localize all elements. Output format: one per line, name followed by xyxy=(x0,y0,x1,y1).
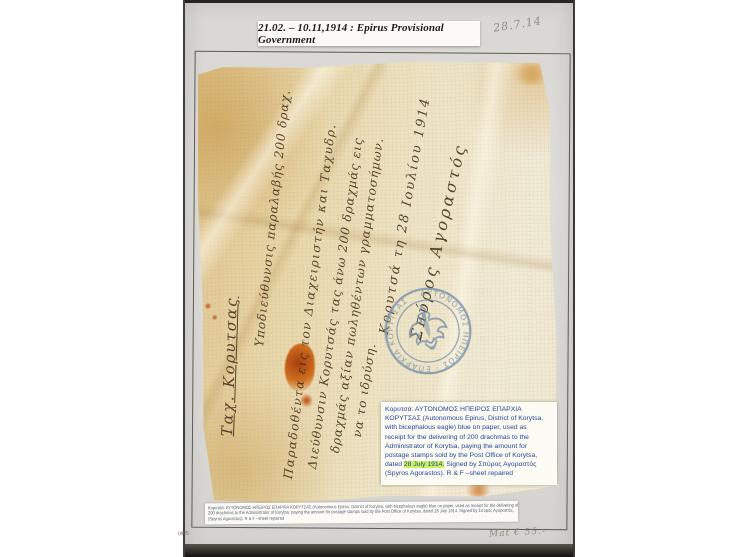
description-line: Κορυτσά: ΑΥΤΟΝΟΜΟΣ ΗΠΕΙΡΟΣ ΕΠΑΡΧΙΑ xyxy=(385,405,553,414)
description-line: Administrator of Korytsa, paying the amo… xyxy=(385,442,553,451)
description-line: postage stamps sold by the Post Office o… xyxy=(385,451,553,460)
bicephalous-eagle-icon xyxy=(403,302,451,354)
caption-line: (Spyros Agorastos). R & F –sheet repaire… xyxy=(208,514,478,522)
wax-stain xyxy=(284,343,315,392)
dated-pre: dated xyxy=(385,461,404,468)
rust-stain-small xyxy=(300,393,312,407)
rust-dot xyxy=(205,303,210,308)
description-line: receipt for the delivering of 200 drachm… xyxy=(385,433,553,442)
dated-post: Signed by Σπύρος Αγοραστός xyxy=(444,461,536,468)
dated-highlight: 28 July 1914. xyxy=(404,461,444,468)
photo-bottom-edge xyxy=(185,544,573,557)
description-dated-line: dated 28 July 1914. Signed by Σπύρος Αγο… xyxy=(385,460,553,469)
description-line: ΚΟΡΥΤΣΑΣ (Autonomous Epirus, District of… xyxy=(385,414,553,423)
corner-code: 0905 xyxy=(178,531,190,538)
photo-top-edge xyxy=(185,0,573,3)
period-title-label: 21.02. – 10.11,1914 : Epirus Provisional… xyxy=(258,21,480,46)
rust-stain-lower xyxy=(465,484,491,498)
rust-dot xyxy=(213,315,217,319)
caption-strip: Κορυτσά: ΑΥΤΟΝΟΜΟΣ ΗΠΕΙΡΟΣ ΕΠΑΡΧΙΑ ΚΟΡΥΤ… xyxy=(205,501,518,525)
exhibit-photo: Ταχ. ΚορυτσαςΥποδιεύθυνσις παραλαβής 200… xyxy=(0,0,740,557)
description-line: with bicephalous eagle) blue on paper, u… xyxy=(385,423,553,432)
description-last-line: (Spyros Agorastos). R & F –sheet repaire… xyxy=(385,469,553,478)
description-label: Κορυτσά: ΑΥΤΟΝΟΜΟΣ ΗΠΕΙΡΟΣ ΕΠΑΡΧΙΑΚΟΡΥΤΣ… xyxy=(381,402,557,485)
